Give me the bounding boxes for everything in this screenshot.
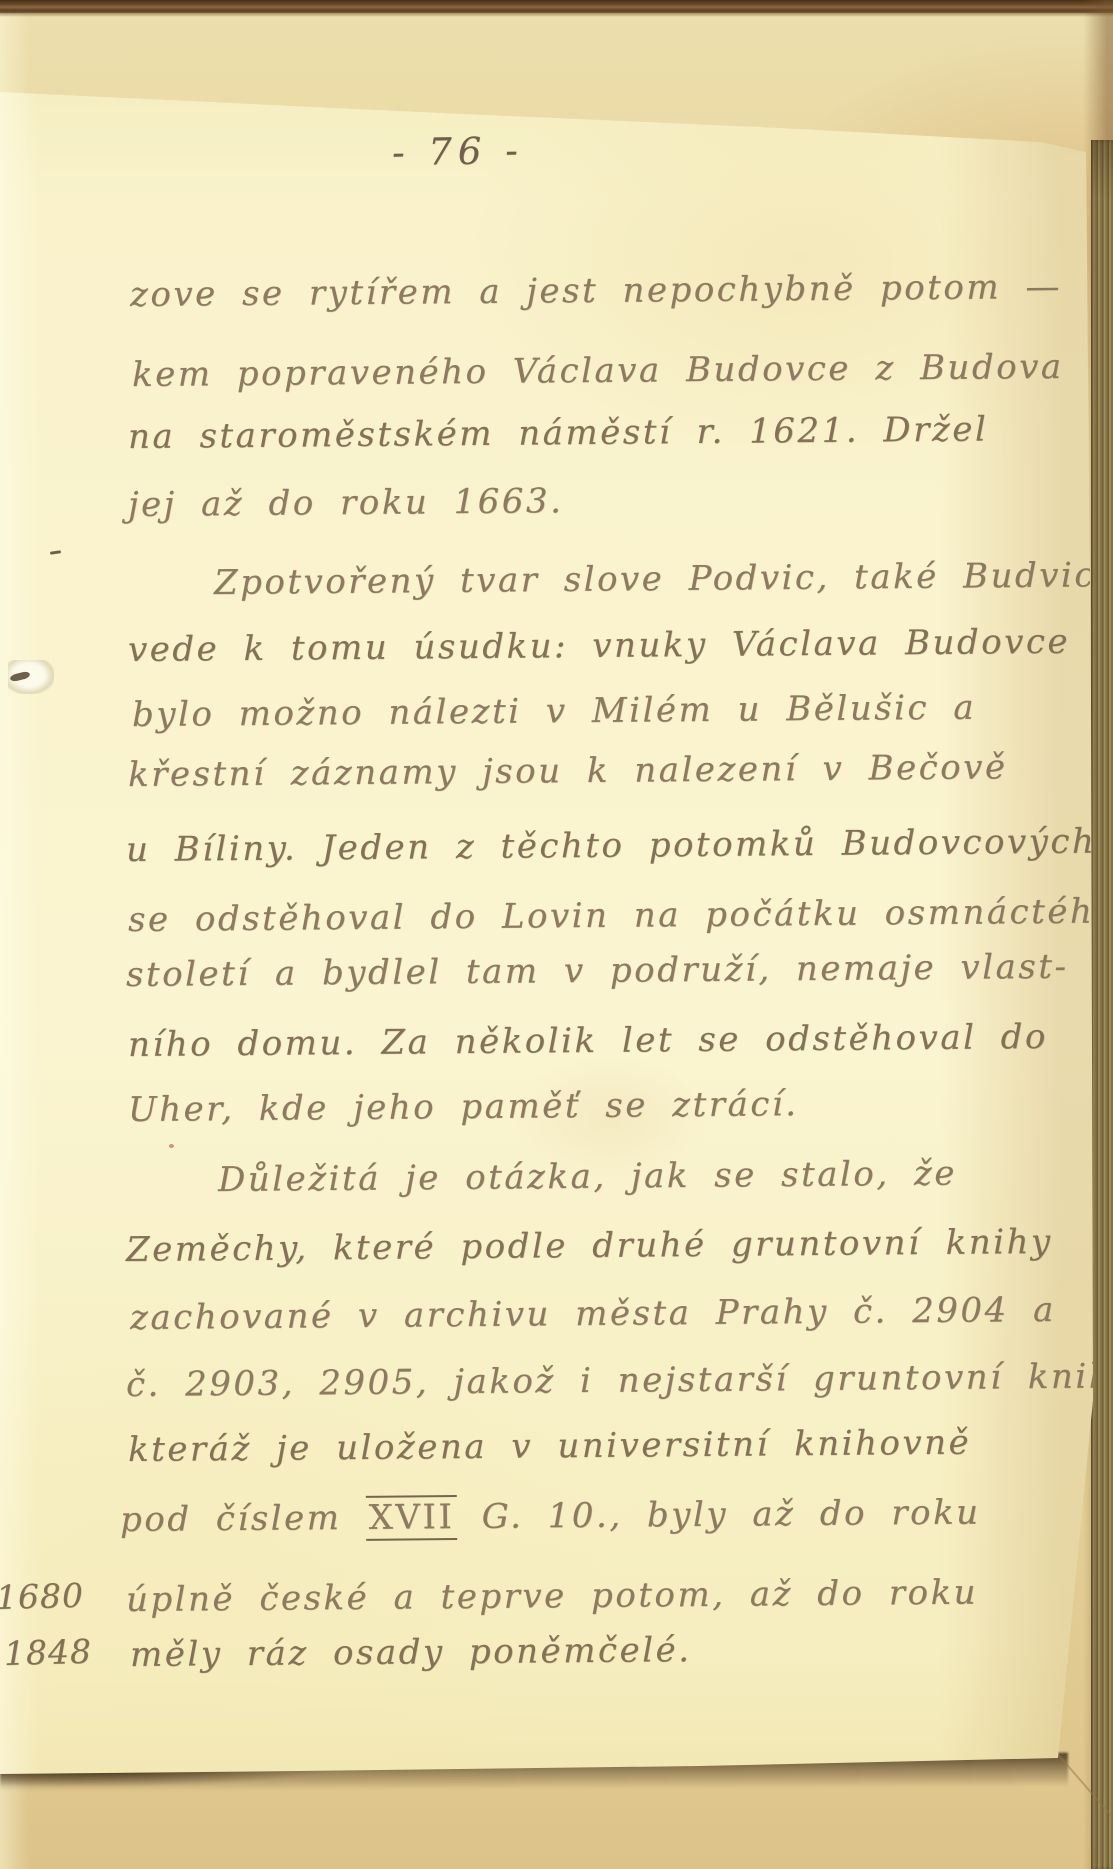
handwritten-line: Zpotvořený tvar slove Podvic, také Budvi… <box>214 553 1096 605</box>
handwritten-line: jej až do roku 1663. <box>128 479 564 527</box>
handwritten-line: se odstěhoval do Lovin na počátku osmnác… <box>128 889 1113 942</box>
ink-fleck <box>50 550 61 555</box>
handwritten-line: bylo možno nálezti v Milém u Bělušic a <box>132 686 976 737</box>
paper-hole-defect <box>8 660 54 694</box>
book-cover-top-edge <box>0 0 1113 13</box>
handwritten-line: u Bíliny. Jeden z těchto potomků Budovco… <box>126 820 1097 872</box>
handwritten-line: na staroměstském náměstí r. 1621. Držel <box>128 407 989 459</box>
handwritten-line: Důležitá je otázka, jak se stalo, že <box>218 1152 957 1202</box>
handwritten-line: vede k tomu úsudku: vnuky Václava Budovc… <box>128 620 1070 672</box>
handwritten-line: ního domu. Za několik let se odstěhoval … <box>128 1015 1048 1067</box>
handwritten-line: č. 2903, 2905, jakož i nejstarší gruntov… <box>126 1354 1113 1407</box>
margin-year-note: 1848 <box>3 1630 92 1676</box>
handwritten-line: Uher, kde jeho paměť se ztrácí. <box>128 1082 799 1132</box>
rust-spot <box>169 1144 174 1148</box>
handwritten-line: století a bydlel tam v podruží, nemaje v… <box>126 945 1069 997</box>
handwritten-line: úplně české a teprve potom, až do roku <box>126 1571 978 1622</box>
margin-year-note: 1680 <box>0 1574 85 1620</box>
handwritten-line: kem popraveného Václava Budovce z Budova <box>132 345 1064 397</box>
handwritten-line: měly ráz osady poněmčelé. <box>130 1628 692 1677</box>
page-number: - 76 - <box>392 129 524 174</box>
handwritten-line: zachované v archivu města Prahy č. 2904 … <box>130 1288 1056 1340</box>
underlined-shelfmark: XVII <box>366 1495 458 1541</box>
handwritten-line: křestní záznamy jsou k nalezení v Bečově <box>128 745 1008 797</box>
manuscript-page: - 76 - zove se rytířem a jest nepochybně… <box>0 0 1113 1869</box>
handwritten-line: kteráž je uložena v universitní knihovně <box>128 1421 972 1472</box>
handwritten-line: zove se rytířem a jest nepochybně potom … <box>130 265 1062 317</box>
page-stack-right-edge <box>1091 140 1113 1869</box>
handwritten-line: Zeměchy, které podle druhé gruntovní kni… <box>126 1220 1053 1272</box>
book-scan: - 76 - zove se rytířem a jest nepochybně… <box>0 0 1113 1869</box>
handwritten-line: pod číslem XVII G. 10., byly až do roku <box>120 1490 981 1542</box>
